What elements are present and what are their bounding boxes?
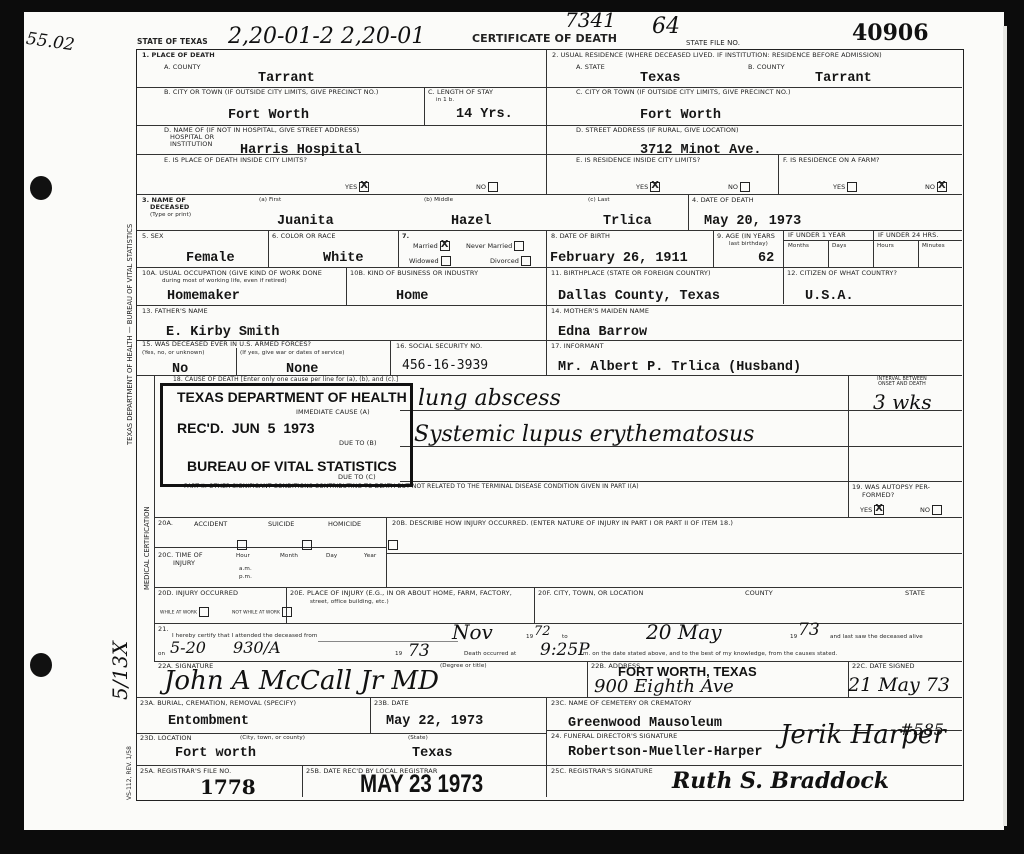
marital-label: 7. bbox=[402, 233, 409, 240]
armed-sub-label-2: (If yes, give war or dates of service) bbox=[240, 350, 345, 356]
injury-city-label: 20f. CITY, TOWN, OR LOCATION bbox=[538, 590, 644, 597]
punch-hole-top bbox=[30, 176, 52, 200]
cemetery-value: Greenwood Mausoleum bbox=[568, 716, 722, 731]
describe-injury-label: 20b. DESCRIBE HOW INJURY OCCURRED. (Ente… bbox=[392, 520, 733, 527]
divorced-text: Divorced bbox=[490, 257, 519, 265]
yes-text: YES bbox=[345, 183, 357, 191]
stay-sub-label: in 1 b. bbox=[436, 97, 454, 103]
month-label: Month bbox=[280, 553, 298, 559]
divider bbox=[137, 765, 962, 766]
pod-inside-no[interactable]: NO bbox=[476, 182, 498, 192]
divider bbox=[713, 230, 714, 267]
burial-value: Entombment bbox=[168, 714, 249, 729]
last-name-label: (c) Last bbox=[588, 197, 610, 203]
funeral-director-value: Robertson-Mueller-Harper bbox=[568, 745, 762, 760]
stamp-line-3: BUREAU OF VITAL STATISTICS bbox=[187, 458, 397, 474]
divider bbox=[400, 481, 962, 482]
received-stamp: TEXAS DEPARTMENT OF HEALTH REC'D. JUN 5 … bbox=[160, 383, 413, 487]
checkbox-checked[interactable] bbox=[359, 182, 369, 192]
pod-city-label: b. CITY OR TOWN (If outside city limits,… bbox=[164, 89, 379, 96]
armed-service-value: None bbox=[286, 362, 318, 377]
marital-divorced[interactable]: Divorced bbox=[490, 256, 531, 266]
pod-county-label: a. COUNTY bbox=[164, 64, 201, 71]
checkbox-checked[interactable] bbox=[650, 182, 660, 192]
middle-name-label: (b) Middle bbox=[424, 197, 453, 203]
under-year-label: IF UNDER 1 YEAR bbox=[788, 232, 846, 239]
nineteen-label: 19 bbox=[790, 634, 797, 640]
father-value: E. Kirby Smith bbox=[166, 325, 279, 340]
paper-edge bbox=[1003, 26, 1007, 826]
checkbox[interactable] bbox=[488, 182, 498, 192]
divider bbox=[783, 230, 784, 304]
divider bbox=[154, 661, 962, 662]
divider bbox=[390, 340, 391, 375]
registrar-signature-label: 25c. REGISTRAR'S SIGNATURE bbox=[551, 768, 653, 775]
suicide-checkbox[interactable] bbox=[302, 540, 312, 550]
while-at-work-text: WHILE AT WORK bbox=[160, 611, 197, 616]
divider bbox=[137, 305, 962, 306]
year-label: Year bbox=[364, 553, 376, 559]
cert-text-2: and last saw the deceased alive bbox=[830, 634, 923, 640]
last-name-value: Trlica bbox=[603, 214, 652, 229]
first-name-value: Juanita bbox=[277, 214, 334, 229]
location-value: Fort worth bbox=[175, 746, 256, 761]
sex-label: 5. SEX bbox=[142, 233, 164, 240]
armed-forces-label: 15. WAS DECEASED EVER IN U.S. ARMED FORC… bbox=[142, 341, 311, 348]
farm-no[interactable]: NO bbox=[925, 182, 947, 192]
armed-value: No bbox=[172, 362, 188, 377]
to-year: 73 bbox=[798, 620, 820, 640]
occupation-value: Homemaker bbox=[167, 289, 240, 304]
dob-label: 8. DATE OF BIRTH bbox=[551, 233, 610, 240]
interval-value: 3 wks bbox=[873, 390, 932, 414]
time-of-injury-label-2: INJURY bbox=[173, 560, 195, 567]
race-value: White bbox=[323, 251, 364, 266]
stay-value: 14 Yrs. bbox=[456, 107, 513, 122]
interval-label: INTERVAL BETWEEN ONSET AND DEATH bbox=[872, 377, 932, 388]
last-seen-value: 5-20 930/A bbox=[170, 638, 281, 657]
registrar-signature: Ruth S. Braddock bbox=[672, 768, 889, 794]
autopsy-no[interactable]: NO bbox=[920, 505, 942, 515]
divider bbox=[268, 230, 269, 267]
date-signed-label: 22c. DATE SIGNED bbox=[852, 663, 915, 670]
age-label-2: last birthday) bbox=[729, 241, 768, 247]
farm-yes[interactable]: YES bbox=[833, 182, 857, 192]
injury-state-label: STATE bbox=[905, 590, 925, 597]
no-text: NO bbox=[728, 183, 738, 191]
divider bbox=[386, 553, 962, 554]
date-of-death-value: May 20, 1973 bbox=[704, 214, 801, 229]
hand-number-side: 64 bbox=[652, 14, 680, 39]
stamp-line-1: TEXAS DEPARTMENT OF HEALTH bbox=[177, 389, 407, 405]
nineteen-label: 19 bbox=[526, 634, 533, 640]
minutes-label: Minutes bbox=[922, 243, 945, 249]
not-while-at-work-text: NOT WHILE AT WORK bbox=[232, 611, 280, 616]
location-sub-label: (City, town, or county) bbox=[240, 735, 305, 741]
res-state-value: Texas bbox=[640, 71, 681, 86]
death-occurred-label: Death occurred at bbox=[464, 651, 516, 657]
marital-widowed[interactable]: Widowed bbox=[409, 256, 451, 266]
date-signed-value: 21 May 73 bbox=[848, 674, 950, 696]
divider bbox=[302, 765, 303, 797]
place-of-injury-label: 20e. PLACE OF INJURY (e.g., in or about … bbox=[290, 590, 512, 597]
ssn-label: 16. SOCIAL SECURITY NO. bbox=[396, 343, 482, 350]
cemetery-label: 23c. NAME OF CEMETERY OR CREMATORY bbox=[551, 700, 692, 707]
no-text: NO bbox=[925, 183, 935, 191]
suicide-label: SUICIDE bbox=[268, 520, 294, 528]
hour-label: Hour bbox=[236, 553, 250, 559]
divider bbox=[546, 230, 547, 375]
homicide-checkbox[interactable] bbox=[388, 540, 398, 550]
no-text: NO bbox=[476, 183, 486, 191]
yes-text: YES bbox=[860, 506, 872, 514]
hours-label: Hours bbox=[877, 243, 894, 249]
dob-value: February 26, 1911 bbox=[550, 251, 688, 266]
injury-occurred-label: 20d. INJURY OCCURRED bbox=[158, 590, 238, 597]
res-inside-limits-label: e. IS RESIDENCE INSIDE CITY LIMITS? bbox=[576, 157, 700, 164]
funeral-director-label: 24. FUNERAL DIRECTOR'S SIGNATURE bbox=[551, 733, 677, 740]
yes-text: YES bbox=[833, 183, 845, 191]
divider bbox=[534, 587, 535, 623]
pm-label: p.m. bbox=[239, 574, 252, 580]
burial-label: 23a. BURIAL, CREMATION, REMOVAL (Specify… bbox=[140, 700, 296, 707]
pod-inside-limits-label: e. IS PLACE OF DEATH INSIDE CITY LIMITS? bbox=[164, 157, 307, 164]
name-label-3: (Type or print) bbox=[150, 212, 191, 218]
state-label: STATE OF TEXAS bbox=[137, 38, 208, 46]
occupation-label: 10a. USUAL OCCUPATION (Give kind of work… bbox=[142, 270, 322, 277]
checkbox[interactable] bbox=[932, 505, 942, 515]
res-county-label: b. COUNTY bbox=[748, 64, 785, 71]
res-city-label: c. CITY OR TOWN (If outside city limits,… bbox=[576, 89, 791, 96]
middle-name-value: Hazel bbox=[451, 214, 492, 229]
hand-codes: 2,20-01-2 2,20-01 bbox=[228, 24, 425, 49]
divider bbox=[783, 240, 962, 241]
divider bbox=[154, 623, 962, 624]
pod-inside-yes[interactable]: YES bbox=[345, 182, 369, 192]
registrar-date-value: MAY 23 1973 bbox=[360, 770, 483, 799]
checkbox[interactable] bbox=[740, 182, 750, 192]
marital-married[interactable]: Married bbox=[413, 241, 450, 251]
hospital-label-3: INSTITUTION bbox=[170, 141, 213, 148]
marital-never-married[interactable]: Never Married bbox=[466, 241, 524, 251]
checkbox-checked[interactable] bbox=[937, 182, 947, 192]
business-label: 10b. KIND OF BUSINESS OR INDUSTRY bbox=[350, 270, 478, 277]
checkbox-checked[interactable] bbox=[440, 241, 450, 251]
from-month: Nov bbox=[452, 620, 493, 644]
place-of-injury-label-2: street, office building, etc.) bbox=[310, 599, 389, 605]
under-day-label: IF UNDER 24 HRS. bbox=[878, 232, 939, 239]
state-file-label: STATE FILE NO. bbox=[686, 40, 740, 48]
registrar-file-value: 1778 bbox=[200, 775, 256, 799]
nineteen-label: 19 bbox=[395, 651, 402, 657]
autopsy-label-2: FORMED? bbox=[862, 492, 894, 499]
divider bbox=[873, 230, 874, 267]
res-street-label: d. STREET ADDRESS (If rural, give locati… bbox=[576, 127, 739, 134]
res-county-value: Tarrant bbox=[815, 71, 872, 86]
cert-text-3: m. on the date stated above, and to the … bbox=[583, 651, 837, 657]
while-at-work[interactable]: WHILE AT WORK bbox=[160, 607, 209, 617]
injury-county-label: COUNTY bbox=[745, 590, 773, 597]
divider bbox=[546, 50, 547, 194]
stamp-date: REC'D. JUN 5 1973 bbox=[177, 420, 315, 436]
to-date: 20 May bbox=[646, 620, 722, 644]
divider bbox=[286, 587, 287, 623]
divider bbox=[370, 697, 371, 733]
occupation-label-2: during most of working life, even if ret… bbox=[162, 278, 287, 284]
divider bbox=[137, 194, 962, 195]
burial-date-value: May 22, 1973 bbox=[386, 714, 483, 729]
checkbox[interactable] bbox=[847, 182, 857, 192]
divider bbox=[828, 240, 829, 267]
checkbox[interactable] bbox=[521, 256, 531, 266]
informant-value: Mr. Albert P. Trlica (Husband) bbox=[558, 360, 801, 375]
on-label: on bbox=[158, 651, 165, 657]
father-label: 13. FATHER'S NAME bbox=[142, 308, 208, 315]
hand-number-top: 7341 bbox=[565, 8, 616, 32]
from-year: 72 bbox=[534, 624, 551, 639]
divider bbox=[546, 697, 547, 797]
not-while-at-work[interactable]: NOT WHILE AT WORK bbox=[232, 607, 292, 617]
pod-county-value: Tarrant bbox=[258, 71, 315, 86]
never-married-text: Never Married bbox=[466, 242, 512, 250]
divider bbox=[918, 240, 919, 267]
address-handwritten: 900 Eighth Ave bbox=[594, 676, 734, 697]
informant-label: 17. INFORMANT bbox=[551, 343, 604, 350]
business-value: Home bbox=[396, 289, 428, 304]
pod-city-value: Fort Worth bbox=[228, 108, 309, 123]
side-note: 5/13X bbox=[108, 641, 132, 700]
no-text: NO bbox=[920, 506, 930, 514]
divider bbox=[587, 661, 588, 697]
last-seen-year: 73 bbox=[408, 641, 430, 661]
checkbox[interactable] bbox=[441, 256, 451, 266]
checkbox-checked[interactable] bbox=[874, 505, 884, 515]
divider bbox=[137, 697, 962, 698]
accident-checkbox[interactable] bbox=[237, 540, 247, 550]
department-side-label: TEXAS DEPARTMENT OF HEALTH — BUREAU OF V… bbox=[126, 224, 134, 445]
armed-sub-label: (Yes, no, or unknown) bbox=[142, 350, 205, 356]
funeral-director-number: #585 bbox=[900, 720, 944, 739]
degree-label: (Degree or title) bbox=[440, 663, 487, 669]
certificate-title: CERTIFICATE OF DEATH bbox=[472, 33, 617, 45]
divider bbox=[398, 230, 399, 267]
divider bbox=[154, 587, 962, 588]
residence-label: 2. USUAL RESIDENCE (Where deceased lived… bbox=[552, 52, 882, 59]
age-label: 9. AGE (In years bbox=[717, 233, 775, 240]
autopsy-yes[interactable]: YES bbox=[860, 505, 884, 515]
months-label: Months bbox=[788, 243, 809, 249]
citizen-label: 12. CITIZEN OF WHAT COUNTRY? bbox=[787, 270, 897, 277]
checkbox[interactable] bbox=[514, 241, 524, 251]
days-label: Days bbox=[832, 243, 846, 249]
divider bbox=[346, 267, 347, 305]
punch-hole-bottom bbox=[30, 653, 52, 677]
birthplace-label: 11. BIRTHPLACE (State or foreign country… bbox=[551, 270, 711, 277]
divider bbox=[386, 517, 387, 587]
divider bbox=[137, 267, 962, 268]
state-sub-label: (State) bbox=[408, 735, 428, 741]
burial-date-label: 23b. DATE bbox=[374, 700, 409, 707]
farm-label: f. IS RESIDENCE ON A FARM? bbox=[783, 157, 880, 164]
underline bbox=[318, 641, 458, 642]
res-inside-no[interactable]: NO bbox=[728, 182, 750, 192]
am-label: a.m. bbox=[239, 566, 252, 572]
injury-type-label: 20a. bbox=[158, 520, 173, 527]
divider bbox=[236, 348, 237, 375]
birthplace-value: Dallas County, Texas bbox=[558, 289, 720, 304]
state-file-number: 40906 bbox=[852, 20, 929, 46]
divider bbox=[137, 733, 547, 734]
res-inside-yes[interactable]: YES bbox=[636, 182, 660, 192]
mother-value: Edna Barrow bbox=[558, 325, 647, 340]
married-text: Married bbox=[413, 242, 438, 250]
stay-label: c. LENGTH OF STAY bbox=[428, 89, 493, 96]
checkbox[interactable] bbox=[282, 607, 292, 617]
name-label-2: DECEASED bbox=[150, 204, 189, 211]
location-label: 23d. LOCATION bbox=[140, 735, 192, 742]
citizen-value: U.S.A. bbox=[805, 289, 854, 304]
age-value: 62 bbox=[758, 251, 774, 266]
location-state-value: Texas bbox=[412, 746, 453, 761]
form-number-label: VS-112, REV. 1/58 bbox=[126, 746, 133, 800]
divider bbox=[154, 547, 386, 548]
homicide-label: HOMICIDE bbox=[328, 520, 361, 528]
widowed-text: Widowed bbox=[409, 257, 439, 265]
divider bbox=[688, 195, 689, 230]
divider bbox=[154, 517, 962, 518]
date-of-death-label: 4. DATE OF DEATH bbox=[692, 197, 754, 204]
divider bbox=[778, 154, 779, 194]
checkbox[interactable] bbox=[199, 607, 209, 617]
day-label: Day bbox=[326, 553, 337, 559]
place-of-death-label: 1. PLACE OF DEATH bbox=[142, 52, 215, 59]
physician-signature: John A McCall Jr MD bbox=[164, 666, 439, 696]
divider bbox=[424, 87, 425, 125]
divider bbox=[154, 375, 155, 661]
race-label: 6. COLOR OR RACE bbox=[272, 233, 336, 240]
res-state-label: a. STATE bbox=[576, 64, 605, 71]
cert-number: 21. bbox=[158, 626, 169, 633]
res-city-value: Fort Worth bbox=[640, 108, 721, 123]
first-name-label: (a) First bbox=[259, 197, 281, 203]
ssn-value: 456-16-3939 bbox=[402, 358, 488, 373]
immediate-cause-value: lung abscess bbox=[418, 386, 561, 411]
sex-value: Female bbox=[186, 251, 235, 266]
accident-label: ACCIDENT bbox=[194, 520, 227, 528]
mother-label: 14. MOTHER'S MAIDEN NAME bbox=[551, 308, 649, 315]
due-to-b-value: Systemic lupus erythematosus bbox=[414, 422, 754, 447]
yes-text: YES bbox=[636, 183, 648, 191]
